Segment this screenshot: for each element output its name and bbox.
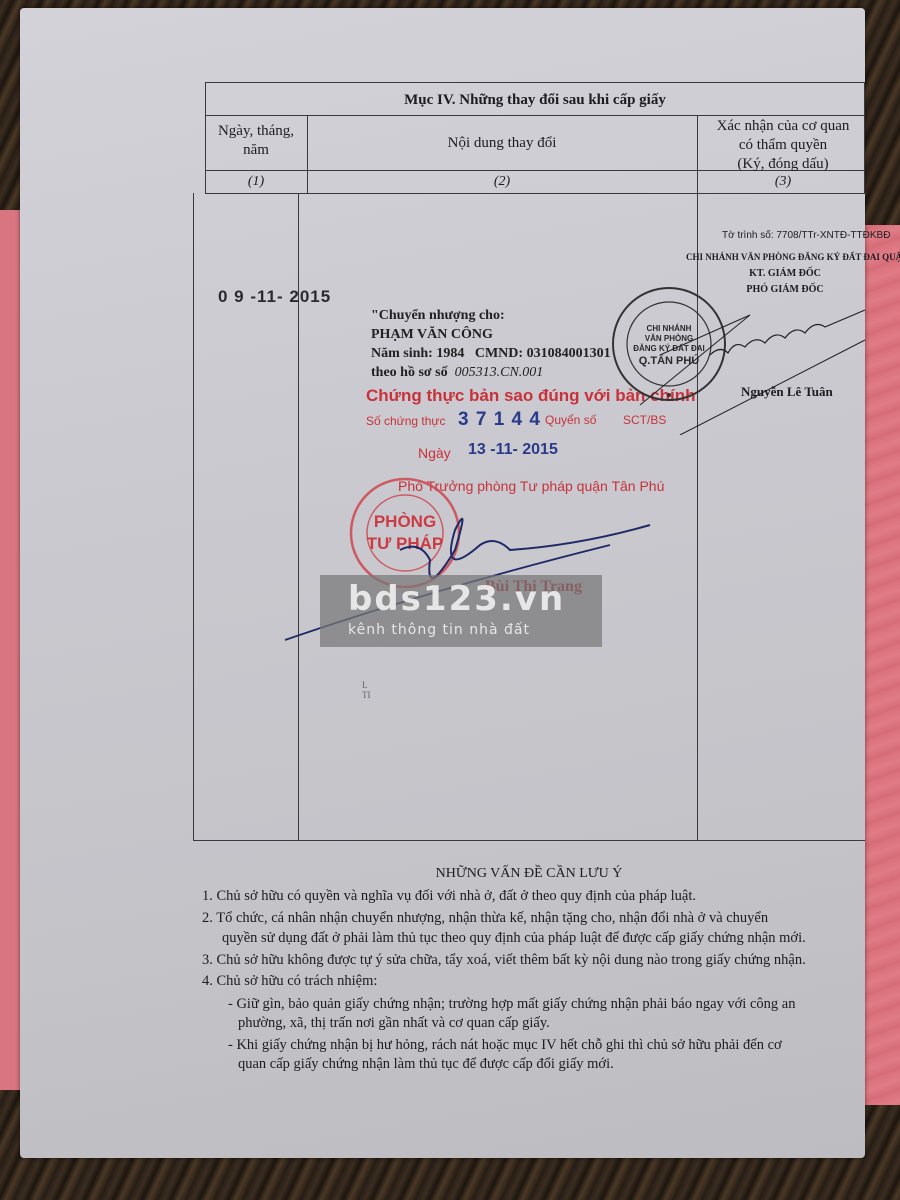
- column-number: (3): [697, 174, 869, 190]
- faint-mark: LTI: [362, 680, 371, 700]
- note-item: 4. Chủ sở hữu có trách nhiệm:: [202, 972, 377, 991]
- certification-date: 13 -11- 2015: [468, 441, 558, 459]
- column-header-date: Ngày, tháng, năm: [205, 122, 307, 160]
- notes-title: NHỮNG VẤN ĐỀ CẦN LƯU Ý: [193, 864, 865, 883]
- file-number: 005313.CN.001: [455, 365, 544, 380]
- table-border-left: [193, 193, 194, 840]
- table-border-bottom: [193, 840, 865, 841]
- note-item: phường, xã, thị trấn nơi gần nhất và cơ …: [238, 1014, 550, 1033]
- column-header-line: Ngày, tháng,: [205, 122, 307, 141]
- watermark-tagline: kênh thông tin nhà đất: [348, 622, 530, 638]
- note-item: 2. Tổ chức, cá nhân nhận chuyển nhượng, …: [202, 909, 768, 928]
- column-number: (1): [205, 174, 307, 190]
- file-line: theo hồ sơ số 005313.CN.001: [371, 363, 611, 382]
- watermark: bds123.vn kênh thông tin nhà đất: [320, 575, 602, 647]
- note-item: - Giữ gìn, bảo quản giấy chứng nhận; trư…: [228, 995, 795, 1014]
- birth-year: Năm sinh: 1984: [371, 346, 464, 361]
- column-divider: [697, 115, 698, 840]
- column-header-line: năm: [205, 141, 307, 160]
- recipient-details: Năm sinh: 1984 CMND: 031084001301: [371, 344, 611, 363]
- authority-role: KT. GIÁM ĐỐC: [740, 268, 830, 279]
- certification-number: 3 7 1 4 4: [458, 409, 541, 431]
- transfer-line: "Chuyển nhượng cho:: [371, 306, 611, 325]
- id-number: CMND: 031084001301: [475, 346, 611, 361]
- note-item: 3. Chủ sở hữu không được tự ý sửa chữa, …: [202, 951, 806, 970]
- column-header-line: Xác nhận của cơ quan: [697, 117, 869, 136]
- table-divider: [205, 115, 865, 116]
- authority-signature-icon: [620, 285, 870, 435]
- note-item: 1. Chủ sở hữu có quyền và nghĩa vụ đối v…: [202, 887, 696, 906]
- authority-signer: Nguyễn Lê Tuân: [741, 384, 833, 400]
- entry-date: 0 9 -11- 2015: [218, 287, 331, 307]
- entry-content: "Chuyển nhượng cho: PHẠM VĂN CÔNG Năm si…: [371, 306, 611, 382]
- column-header-content: Nội dung thay đổi: [307, 134, 697, 153]
- column-header-line: có thẩm quyền: [697, 136, 869, 155]
- book-label: Quyển số: [545, 413, 596, 427]
- submission-reference: Tờ trình số: 7708/TTr-XNTĐ-TTĐKBĐ: [722, 230, 890, 241]
- recipient-name: PHẠM VĂN CÔNG: [371, 325, 611, 344]
- note-item: quan cấp giấy chứng nhận làm thủ tục để …: [238, 1055, 614, 1074]
- section-title: Mục IV. Những thay đổi sau khi cấp giấy: [205, 92, 865, 109]
- watermark-brand: bds123.vn: [348, 579, 565, 619]
- column-header-line: (Ký, đóng dấu): [697, 155, 869, 174]
- table-border-top: [205, 82, 865, 83]
- file-label: theo hồ sơ số: [371, 365, 448, 380]
- column-number: (2): [307, 174, 697, 190]
- column-header-authority: Xác nhận của cơ quan có thẩm quyền (Ký, …: [697, 117, 869, 174]
- note-item: quyền sử dụng đất ở phải làm thủ tục the…: [222, 929, 806, 948]
- certification-number-label: Số chứng thực: [366, 414, 445, 428]
- certification-date-label: Ngày: [418, 445, 451, 461]
- authority-office: CHI NHÁNH VĂN PHÒNG ĐĂNG KÝ ĐẤT ĐAI QUẬN…: [686, 252, 900, 262]
- table-divider: [205, 193, 867, 194]
- note-item: - Khi giấy chứng nhận bị hư hỏng, rách n…: [228, 1036, 782, 1055]
